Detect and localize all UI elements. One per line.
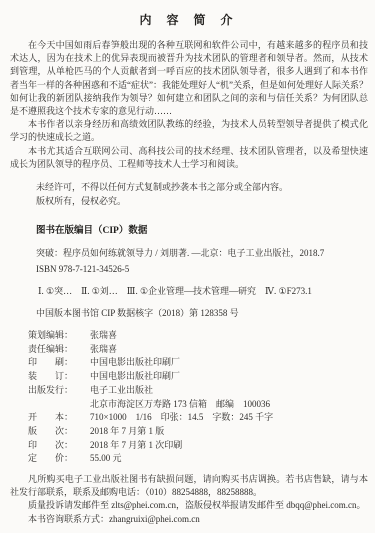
copyright-notice: 未经许可，不得以任何方式复制或抄袭本书之部分或全部内容。 版权所有，侵权必究。 bbox=[36, 181, 368, 208]
pub-label bbox=[28, 398, 90, 412]
contact-footer: 凡所购买电子工业出版社图书有缺损问题，请向购买书店调换。若书店售缺，请与本社发行… bbox=[10, 473, 368, 526]
pub-value: 2018 年 7 月第 1 次印刷 bbox=[90, 439, 368, 453]
pub-label: 策划编辑： bbox=[28, 329, 90, 343]
pub-row-planning-editor: 策划编辑： 张瑞喜 bbox=[10, 329, 368, 343]
copyright-page: 内 容 简 介 在今天中国如雨后春笋般出现的各种互联网和软件公司中，有越来越多的… bbox=[0, 0, 375, 533]
cip-isbn: ISBN 978-7-121-34526-5 bbox=[36, 261, 368, 277]
pub-row-edition: 版 次： 2018 年 7 月第 1 版 bbox=[10, 425, 368, 439]
pub-value: 中国电影出版社印刷厂 bbox=[90, 356, 368, 370]
pub-value: 中国电影出版社印刷厂 bbox=[90, 370, 368, 384]
cip-classification: Ⅰ. ①突… Ⅱ. ①刘… Ⅲ. ①企业管理—技术管理—研究 Ⅳ. ①F273.… bbox=[38, 284, 368, 298]
pub-value: 张瑞喜 bbox=[90, 329, 368, 343]
pub-row-impression: 印 次： 2018 年 7 月第 1 次印刷 bbox=[10, 439, 368, 453]
pub-value: 张瑞喜 bbox=[90, 343, 368, 357]
pub-label: 印 刷： bbox=[28, 356, 90, 370]
pub-label: 版 次： bbox=[28, 425, 90, 439]
pub-label: 开 本： bbox=[28, 411, 90, 425]
pub-label: 印 次： bbox=[28, 439, 90, 453]
pub-row-format: 开 本： 710×1000 1/16 印张：14.5 字数：245 千字 bbox=[10, 411, 368, 425]
pub-value: 北京市海淀区万寿路 173 信箱 邮编 100036 bbox=[90, 398, 368, 412]
footer-consult-contact: 本书咨询联系方式：zhangruixi@phei.com.cn bbox=[10, 513, 368, 526]
pub-value: 电子工业出版社 bbox=[90, 384, 368, 398]
pub-row-address: 北京市海淀区万寿路 173 信箱 邮编 100036 bbox=[10, 398, 368, 412]
pub-label: 责任编辑： bbox=[28, 343, 90, 357]
cip-catalog-number: 中国版本图书馆 CIP 数据核字（2018）第 128358 号 bbox=[36, 306, 368, 320]
footer-replacement-notice: 凡所购买电子工业出版社图书有缺损问题，请向购买书店调换。若书店售缺，请与本社发行… bbox=[10, 473, 368, 499]
copyright-notice-line-1: 未经许可，不得以任何方式复制或抄袭本书之部分或全部内容。 bbox=[36, 181, 368, 195]
pub-label: 定 价： bbox=[28, 452, 90, 466]
pub-row-price: 定 价： 55.00 元 bbox=[10, 452, 368, 466]
pub-row-responsible-editor: 责任编辑： 张瑞喜 bbox=[10, 343, 368, 357]
pub-label: 装 订： bbox=[28, 370, 90, 384]
pub-value: 55.00 元 bbox=[90, 452, 368, 466]
pub-value: 2018 年 7 月第 1 版 bbox=[90, 425, 368, 439]
footer-complaint-emails: 质量投诉请发邮件至 zlts@phei.com.cn，盗版侵权举报请发邮件至 d… bbox=[10, 499, 368, 512]
pub-row-binding: 装 订： 中国电影出版社印刷厂 bbox=[10, 370, 368, 384]
cip-heading: 图书在版编目（CIP）数据 bbox=[36, 222, 368, 236]
intro-paragraph-1: 在今天中国如雨后春笋般出现的各种互联网和软件公司中，有越来越多的程序员和技术达人… bbox=[10, 39, 368, 118]
pub-value: 710×1000 1/16 印张：14.5 字数：245 千字 bbox=[90, 411, 368, 425]
copyright-notice-line-2: 版权所有，侵权必究。 bbox=[36, 195, 368, 209]
pub-label: 出版发行： bbox=[28, 384, 90, 398]
page-title: 内 容 简 介 bbox=[10, 11, 368, 28]
pub-row-publisher: 出版发行： 电子工业出版社 bbox=[10, 384, 368, 398]
pub-row-printer: 印 刷： 中国电影出版社印刷厂 bbox=[10, 356, 368, 370]
intro-paragraph-3: 本书尤其适合互联网公司、高科技公司的技术经理、技术团队管理者，以及希望快速成长为… bbox=[10, 145, 368, 171]
publication-info: 策划编辑： 张瑞喜 责任编辑： 张瑞喜 印 刷： 中国电影出版社印刷厂 装 订：… bbox=[10, 329, 368, 466]
intro-paragraph-2: 本书作者以亲身经历和高绩效团队教练的经验，为技术人员转型领导者提供了模式化学习的… bbox=[10, 118, 368, 144]
cip-record-line: 突破：程序员如何练就领导力 / 刘朋著. —北京：电子工业出版社，2018.7 bbox=[36, 245, 368, 261]
